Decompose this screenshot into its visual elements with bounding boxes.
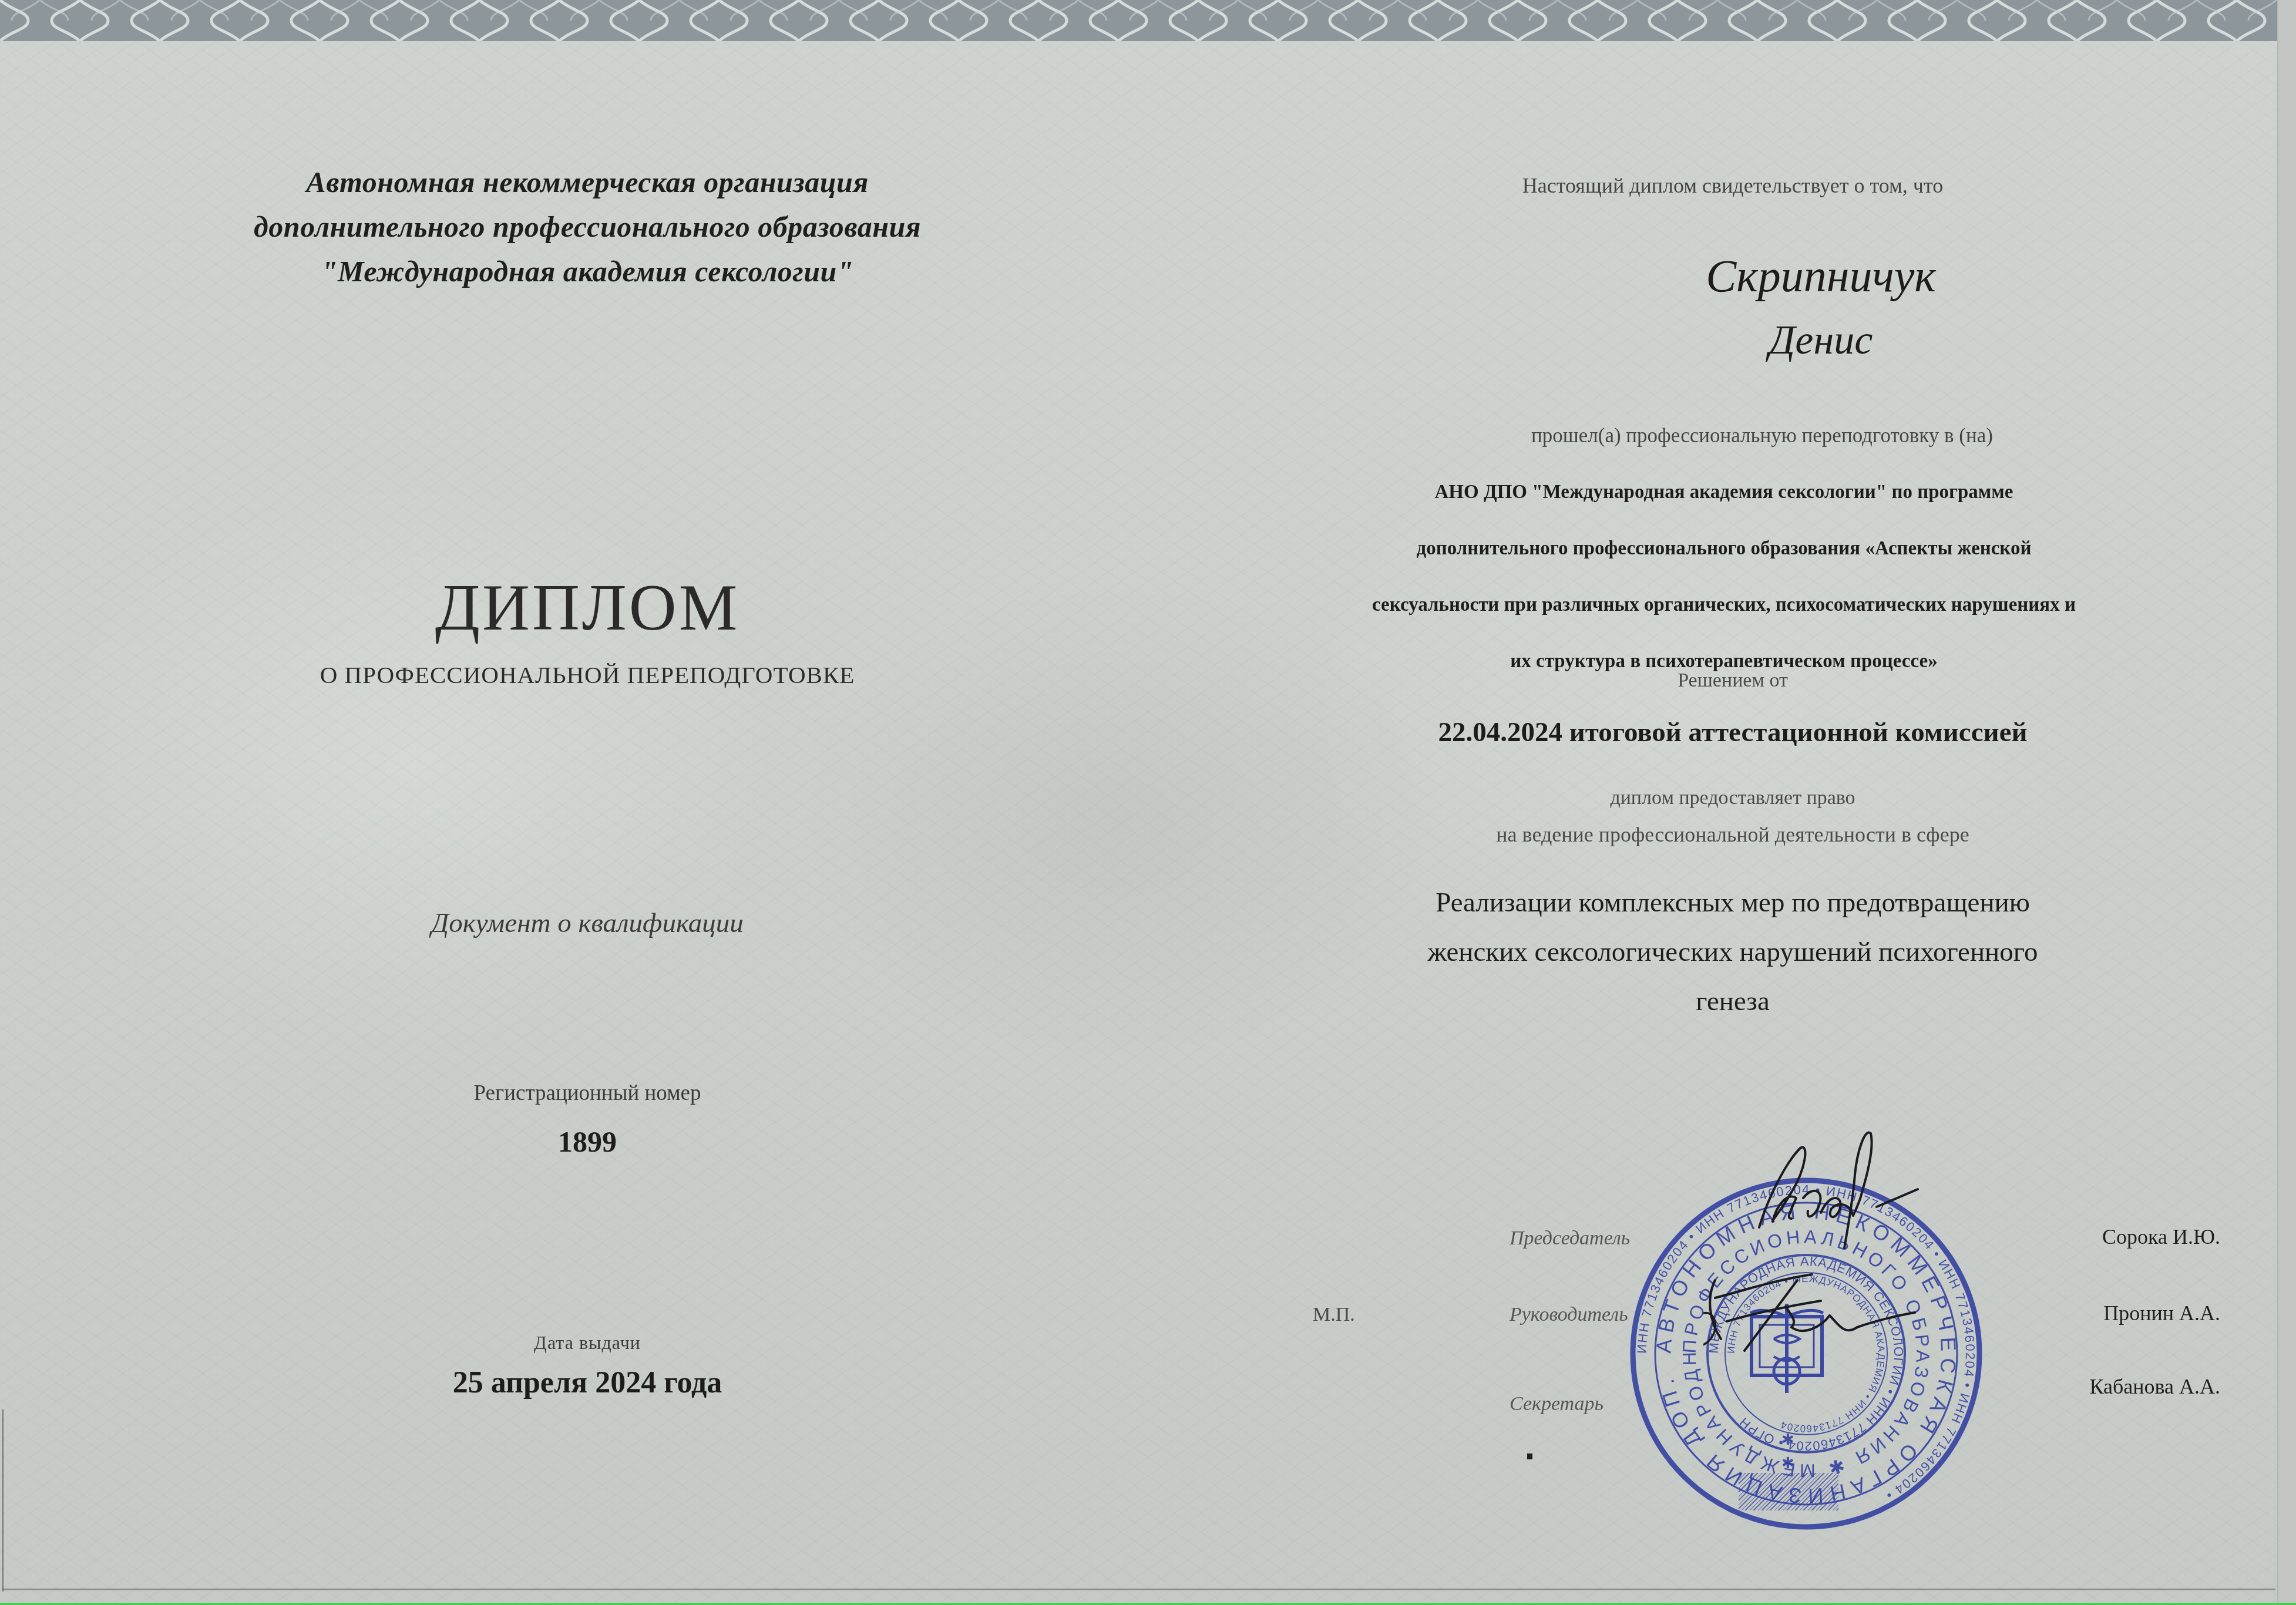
- signatory-name-secretary: Кабанова А.А.: [1985, 1374, 2220, 1399]
- decision-label: Решением от: [1527, 669, 1938, 692]
- frame-line-left: [2, 1409, 4, 1591]
- sphere-line: Реализации комплексных мер по предотвращ…: [1292, 878, 2173, 927]
- page-edge: [2277, 0, 2296, 1605]
- role-chairman: Председатель: [1510, 1227, 1630, 1250]
- svg-text:✱: ✱: [1781, 1454, 1794, 1472]
- registration-number: 1899: [411, 1125, 764, 1159]
- sphere-line: женских сексологических нарушений психог…: [1292, 927, 2173, 977]
- diploma-sheet: Автономная некоммерческая организация до…: [0, 0, 2296, 1605]
- decorative-top-border: [0, 0, 2279, 41]
- document-type: Документ о квалификации: [235, 907, 940, 939]
- program-description: АНО ДПО "Международная академия сексолог…: [1239, 464, 2208, 689]
- recipient-surname: Скрипничук: [1468, 250, 2173, 302]
- organization-line: "Международная академия сексологии": [200, 249, 975, 294]
- ink-dot: [1527, 1453, 1532, 1459]
- rights-text-line-1: диплом предоставляет право: [1351, 787, 2115, 809]
- program-line: сексуальности при различных органических…: [1239, 577, 2208, 633]
- program-line: АНО ДПО "Международная академия сексолог…: [1239, 464, 2208, 520]
- decision-text: 22.04.2024 итоговой аттестационной комис…: [1263, 716, 2203, 748]
- issue-date-label: Дата выдачи: [411, 1332, 764, 1354]
- svg-text:✱: ✱: [1781, 1431, 1794, 1448]
- professional-sphere: Реализации комплексных мер по предотвращ…: [1292, 878, 2173, 1026]
- diploma-title: ДИПЛОМ: [235, 573, 940, 643]
- passed-text: прошел(а) профессиональную переподготовк…: [1292, 424, 2232, 447]
- sphere-line: генеза: [1292, 977, 2173, 1026]
- role-secretary: Секретарь: [1510, 1393, 1603, 1415]
- role-director: Руководитель: [1510, 1304, 1628, 1326]
- recipient-first-name: Денис: [1468, 317, 2173, 364]
- program-line: дополнительного профессионального образо…: [1239, 520, 2208, 577]
- organization-name: Автономная некоммерческая организация до…: [200, 160, 975, 294]
- certifies-text: Настоящий диплом свидетельствует о том, …: [1351, 173, 2115, 198]
- organization-line: Автономная некоммерческая организация: [200, 160, 975, 204]
- organization-line: дополнительного профессионального образо…: [200, 204, 975, 249]
- diploma-subtitle: О ПРОФЕССИОНАЛЬНОЙ ПЕРЕПОДГОТОВКЕ: [176, 661, 999, 689]
- issue-date: 25 апреля 2024 года: [352, 1365, 822, 1400]
- frame-line-bottom: [3, 1589, 2275, 1590]
- registration-label: Регистрационный номер: [294, 1081, 881, 1106]
- signatory-name-director: Пронин А.А.: [1985, 1301, 2220, 1325]
- signatory-name-chairman: Сорока И.Ю.: [1985, 1224, 2220, 1249]
- rights-text-line-2: на ведение профессиональной деятельности…: [1292, 822, 2173, 847]
- seal-label: М.П.: [1313, 1304, 1355, 1326]
